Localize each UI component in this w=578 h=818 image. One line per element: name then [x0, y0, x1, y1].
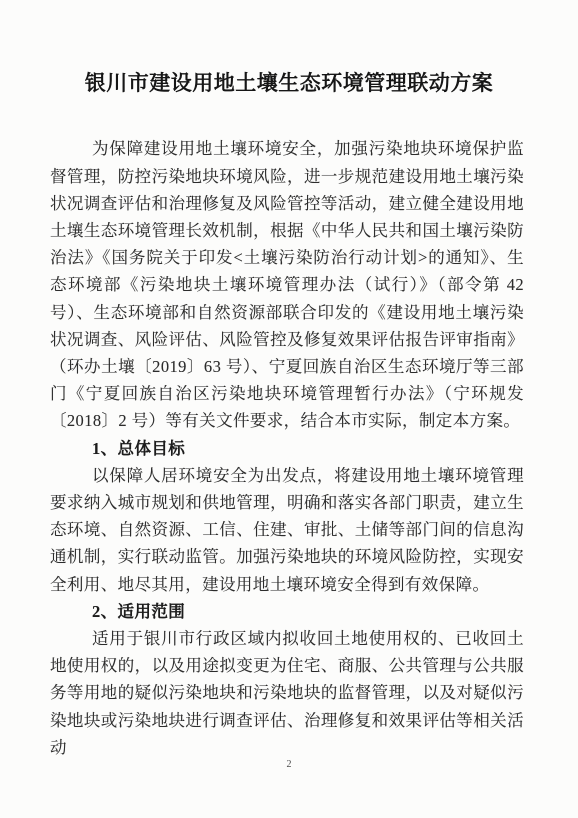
- document-page: 银川市建设用地土壤生态环境管理联动方案 为保障建设用地土壤环境安全，加强污染地块…: [0, 0, 578, 818]
- paragraph-overall-goal: 以保障人居环境安全为出发点，将建设用地土壤环境管理要求纳入城市规划和供地管理，明…: [50, 462, 524, 598]
- paragraph-scope: 适用于银川市行政区域内拟收回土地使用权的、已收回土地使用权的，以及用途拟变更为住…: [50, 625, 524, 761]
- page-number: 2: [0, 759, 578, 770]
- section-heading-overall-goal: 1、总体目标: [50, 435, 524, 462]
- document-body: 为保障建设用地土壤环境安全，加强污染地块环境保护监督管理，防控污染地块环境风险，…: [50, 135, 524, 761]
- document-title: 银川市建设用地土壤生态环境管理联动方案: [10, 70, 568, 97]
- section-heading-scope: 2、适用范围: [50, 598, 524, 625]
- paragraph-intro: 为保障建设用地土壤环境安全，加强污染地块环境保护监督管理，防控污染地块环境风险，…: [50, 135, 524, 434]
